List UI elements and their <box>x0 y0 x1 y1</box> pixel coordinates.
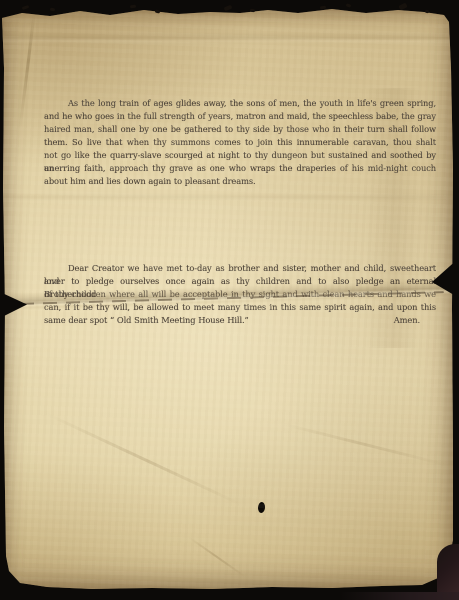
text-line: Dear Creator we have met to-day as broth… <box>44 262 436 275</box>
bottom-strip <box>340 592 459 600</box>
crease-line <box>19 8 37 127</box>
text-line: same dear spot “ Old Smith Meeting House… <box>44 314 436 327</box>
staple-mark <box>320 6 326 10</box>
staple-mark <box>224 5 233 12</box>
crease-line <box>2 193 453 201</box>
opening-paragraph: As the long train of ages glides away, t… <box>44 97 436 188</box>
crease-line <box>2 32 453 44</box>
text-line: them. So live that when thy summons come… <box>44 136 436 149</box>
crease-line <box>46 413 242 507</box>
text-line: of thy children where all will be accept… <box>44 288 436 301</box>
pledge-paragraph: Dear Creator we have met to-day as broth… <box>44 262 436 327</box>
staple-mark <box>425 10 429 14</box>
staple-mark <box>398 3 407 11</box>
text-line: not go like the quarry-slave scourged at… <box>44 149 436 162</box>
text-line: As the long train of ages glides away, t… <box>44 97 436 110</box>
staple-mark <box>250 9 255 13</box>
crease-line <box>282 422 448 466</box>
text-line: haired man, shall one by one be gathered… <box>44 123 436 136</box>
staple-mark <box>50 8 55 12</box>
text-line: and he who goes in the full strength of … <box>44 110 436 123</box>
staple-mark <box>130 5 136 9</box>
text-line: can, if it be thy will, be allowed to me… <box>44 301 436 314</box>
scanner-background: As the long train of ages glides away, t… <box>0 0 459 600</box>
text-line: unerring faith, approach thy grave as on… <box>44 162 436 175</box>
staple-mark <box>346 3 352 8</box>
paper-sheet: As the long train of ages glides away, t… <box>2 8 453 589</box>
closing-line: same dear spot “ Old Smith Meeting House… <box>44 314 249 327</box>
amen-text: Amen. <box>394 314 436 327</box>
crease-line <box>188 536 246 578</box>
text-line: about him and lies down again to pleasan… <box>44 175 436 188</box>
staple-mark <box>22 5 30 10</box>
text-line: lover to pledge ourselves once again as … <box>44 275 436 288</box>
ink-spot <box>258 502 266 513</box>
